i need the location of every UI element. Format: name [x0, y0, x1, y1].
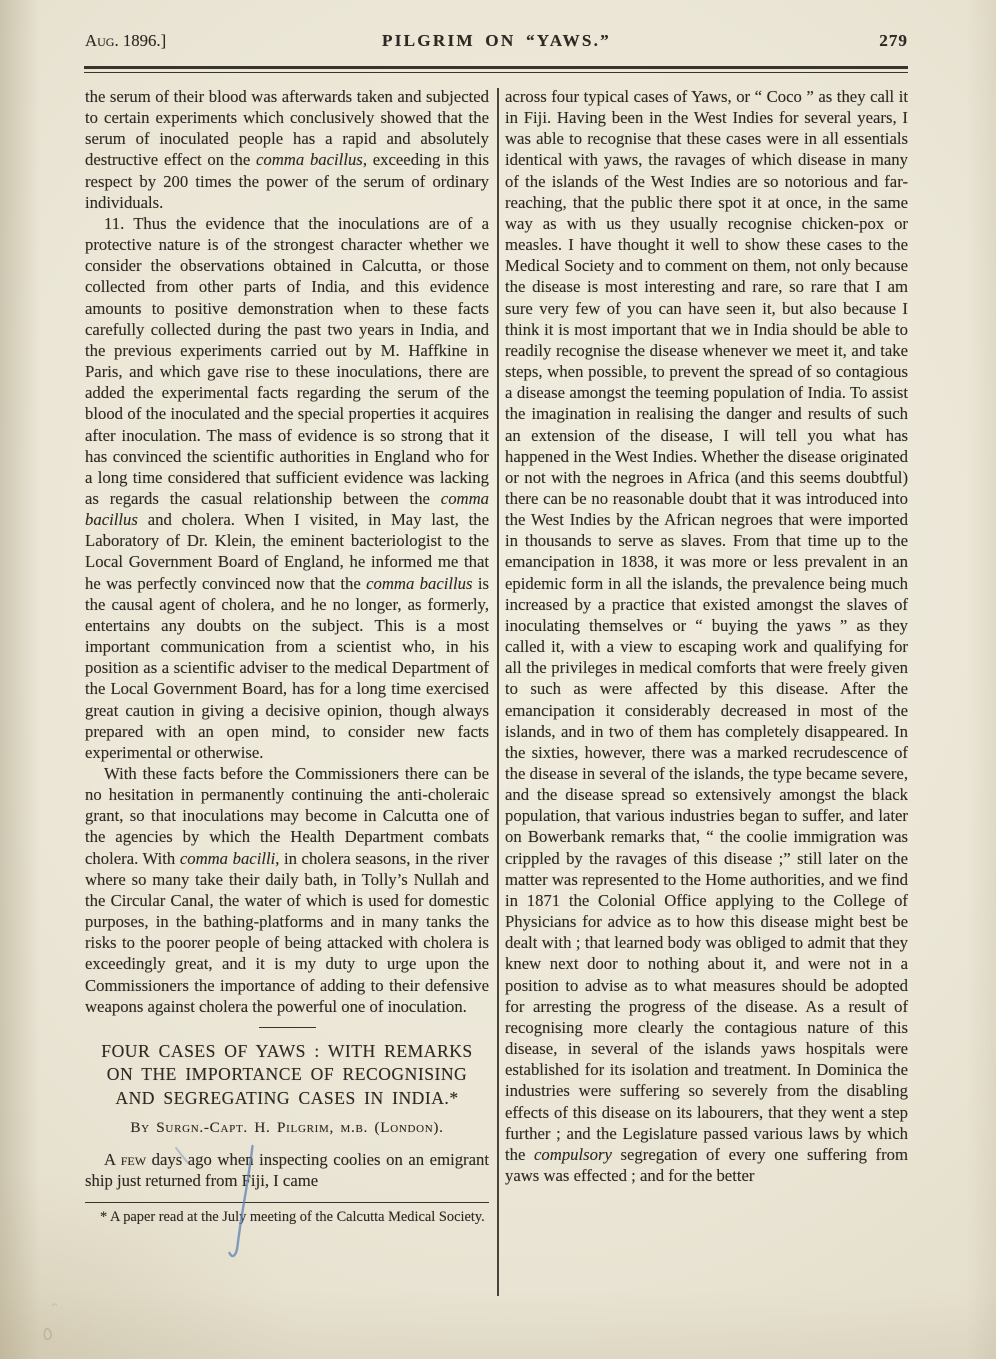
- right-column: across four typical cases of Yaws, or “ …: [505, 86, 908, 1186]
- paragraph: the serum of their blood was afterwards …: [85, 86, 489, 213]
- title-line: ON THE IMPORTANCE OF RECOGNISING: [85, 1063, 489, 1087]
- column-divider-rule: [497, 88, 499, 1296]
- small-caps-text: few: [121, 1150, 146, 1169]
- page-number: 279: [758, 31, 908, 51]
- footnote-block: * A paper read at the July meeting of th…: [85, 1202, 489, 1227]
- page-header: Aug. 1896.] PILGRIM ON “YAWS.” 279: [85, 31, 908, 51]
- italic-text: compulsory: [534, 1145, 612, 1164]
- text-run: days ago when inspecting coolies on an e…: [85, 1150, 489, 1190]
- text-run: A: [104, 1150, 121, 1169]
- pencil-mark: [44, 1304, 57, 1339]
- article-byline: By Surgn.-Capt. H. Pilgrim, m.b. (London…: [85, 1117, 489, 1138]
- issue-date: Aug. 1896.]: [85, 31, 235, 51]
- left-column: the serum of their blood was afterwards …: [85, 86, 489, 1226]
- paragraph: 11. Thus the evidence that the inoculati…: [85, 213, 489, 763]
- paragraph: across four typical cases of Yaws, or “ …: [505, 86, 908, 1186]
- text-run: 11. Thus the evidence that the inoculati…: [85, 214, 489, 508]
- journal-page: Aug. 1896.] PILGRIM ON “YAWS.” 279 the s…: [0, 0, 996, 1359]
- header-double-rule: [84, 66, 908, 73]
- section-divider-rule: [259, 1027, 316, 1028]
- left-column-text: the serum of their blood was afterwards …: [85, 86, 489, 1017]
- italic-text: comma bacillus: [256, 150, 363, 169]
- text-run: , in cholera seasons, in the river where…: [85, 849, 489, 1016]
- title-line: FOUR CASES OF YAWS : WITH REMARKS: [85, 1040, 489, 1064]
- footnote-rule: [85, 1202, 489, 1203]
- title-line: AND SEGREGATING CASES IN INDIA.*: [85, 1087, 489, 1111]
- running-title: PILGRIM ON “YAWS.”: [235, 31, 758, 51]
- paragraph: A few days ago when inspecting coolies o…: [85, 1149, 489, 1191]
- text-run: across four typical cases of Yaws, or “ …: [505, 87, 908, 1164]
- italic-text: comma bacilli: [180, 849, 275, 868]
- article-opening-text: A few days ago when inspecting coolies o…: [85, 1149, 489, 1191]
- article-title: FOUR CASES OF YAWS : WITH REMARKSON THE …: [85, 1040, 489, 1111]
- right-column-text: across four typical cases of Yaws, or “ …: [505, 86, 908, 1186]
- italic-text: comma bacillus: [366, 574, 472, 593]
- footnote-text: * A paper read at the July meeting of th…: [85, 1208, 489, 1227]
- text-run: is the causal agent of cholera, and he n…: [85, 574, 489, 762]
- paragraph: With these facts before the Commissioner…: [85, 763, 489, 1017]
